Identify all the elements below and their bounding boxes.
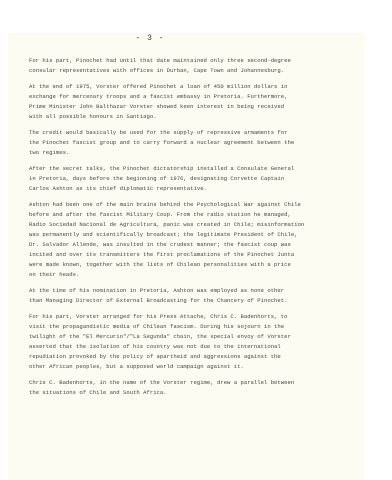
paragraph-badenhorts-parallel: Chris C. Badenhorts, in the name of the … xyxy=(29,378,359,398)
paragraph-consulate-general: After the secret talks, the Pinochet dic… xyxy=(29,164,359,194)
paragraph-press-attache: For his part, Vorster arranged for his P… xyxy=(29,312,359,372)
document-body: For his part, Pinochet had until that da… xyxy=(29,56,359,404)
paragraph-credit-use: The credit would basically be used for t… xyxy=(29,128,359,158)
paragraph-ashton-nomination: At the time of his nomination in Pretori… xyxy=(29,286,359,306)
paragraph-pinochet-consular: For his part, Pinochet had until that da… xyxy=(29,56,359,76)
paragraph-ashton-background: Ashton had been one of the main brains b… xyxy=(29,200,359,280)
page-number: - 3 - xyxy=(0,34,300,43)
paragraph-vorster-loan: At the end of 1975, Vorster offered Pino… xyxy=(29,82,359,122)
